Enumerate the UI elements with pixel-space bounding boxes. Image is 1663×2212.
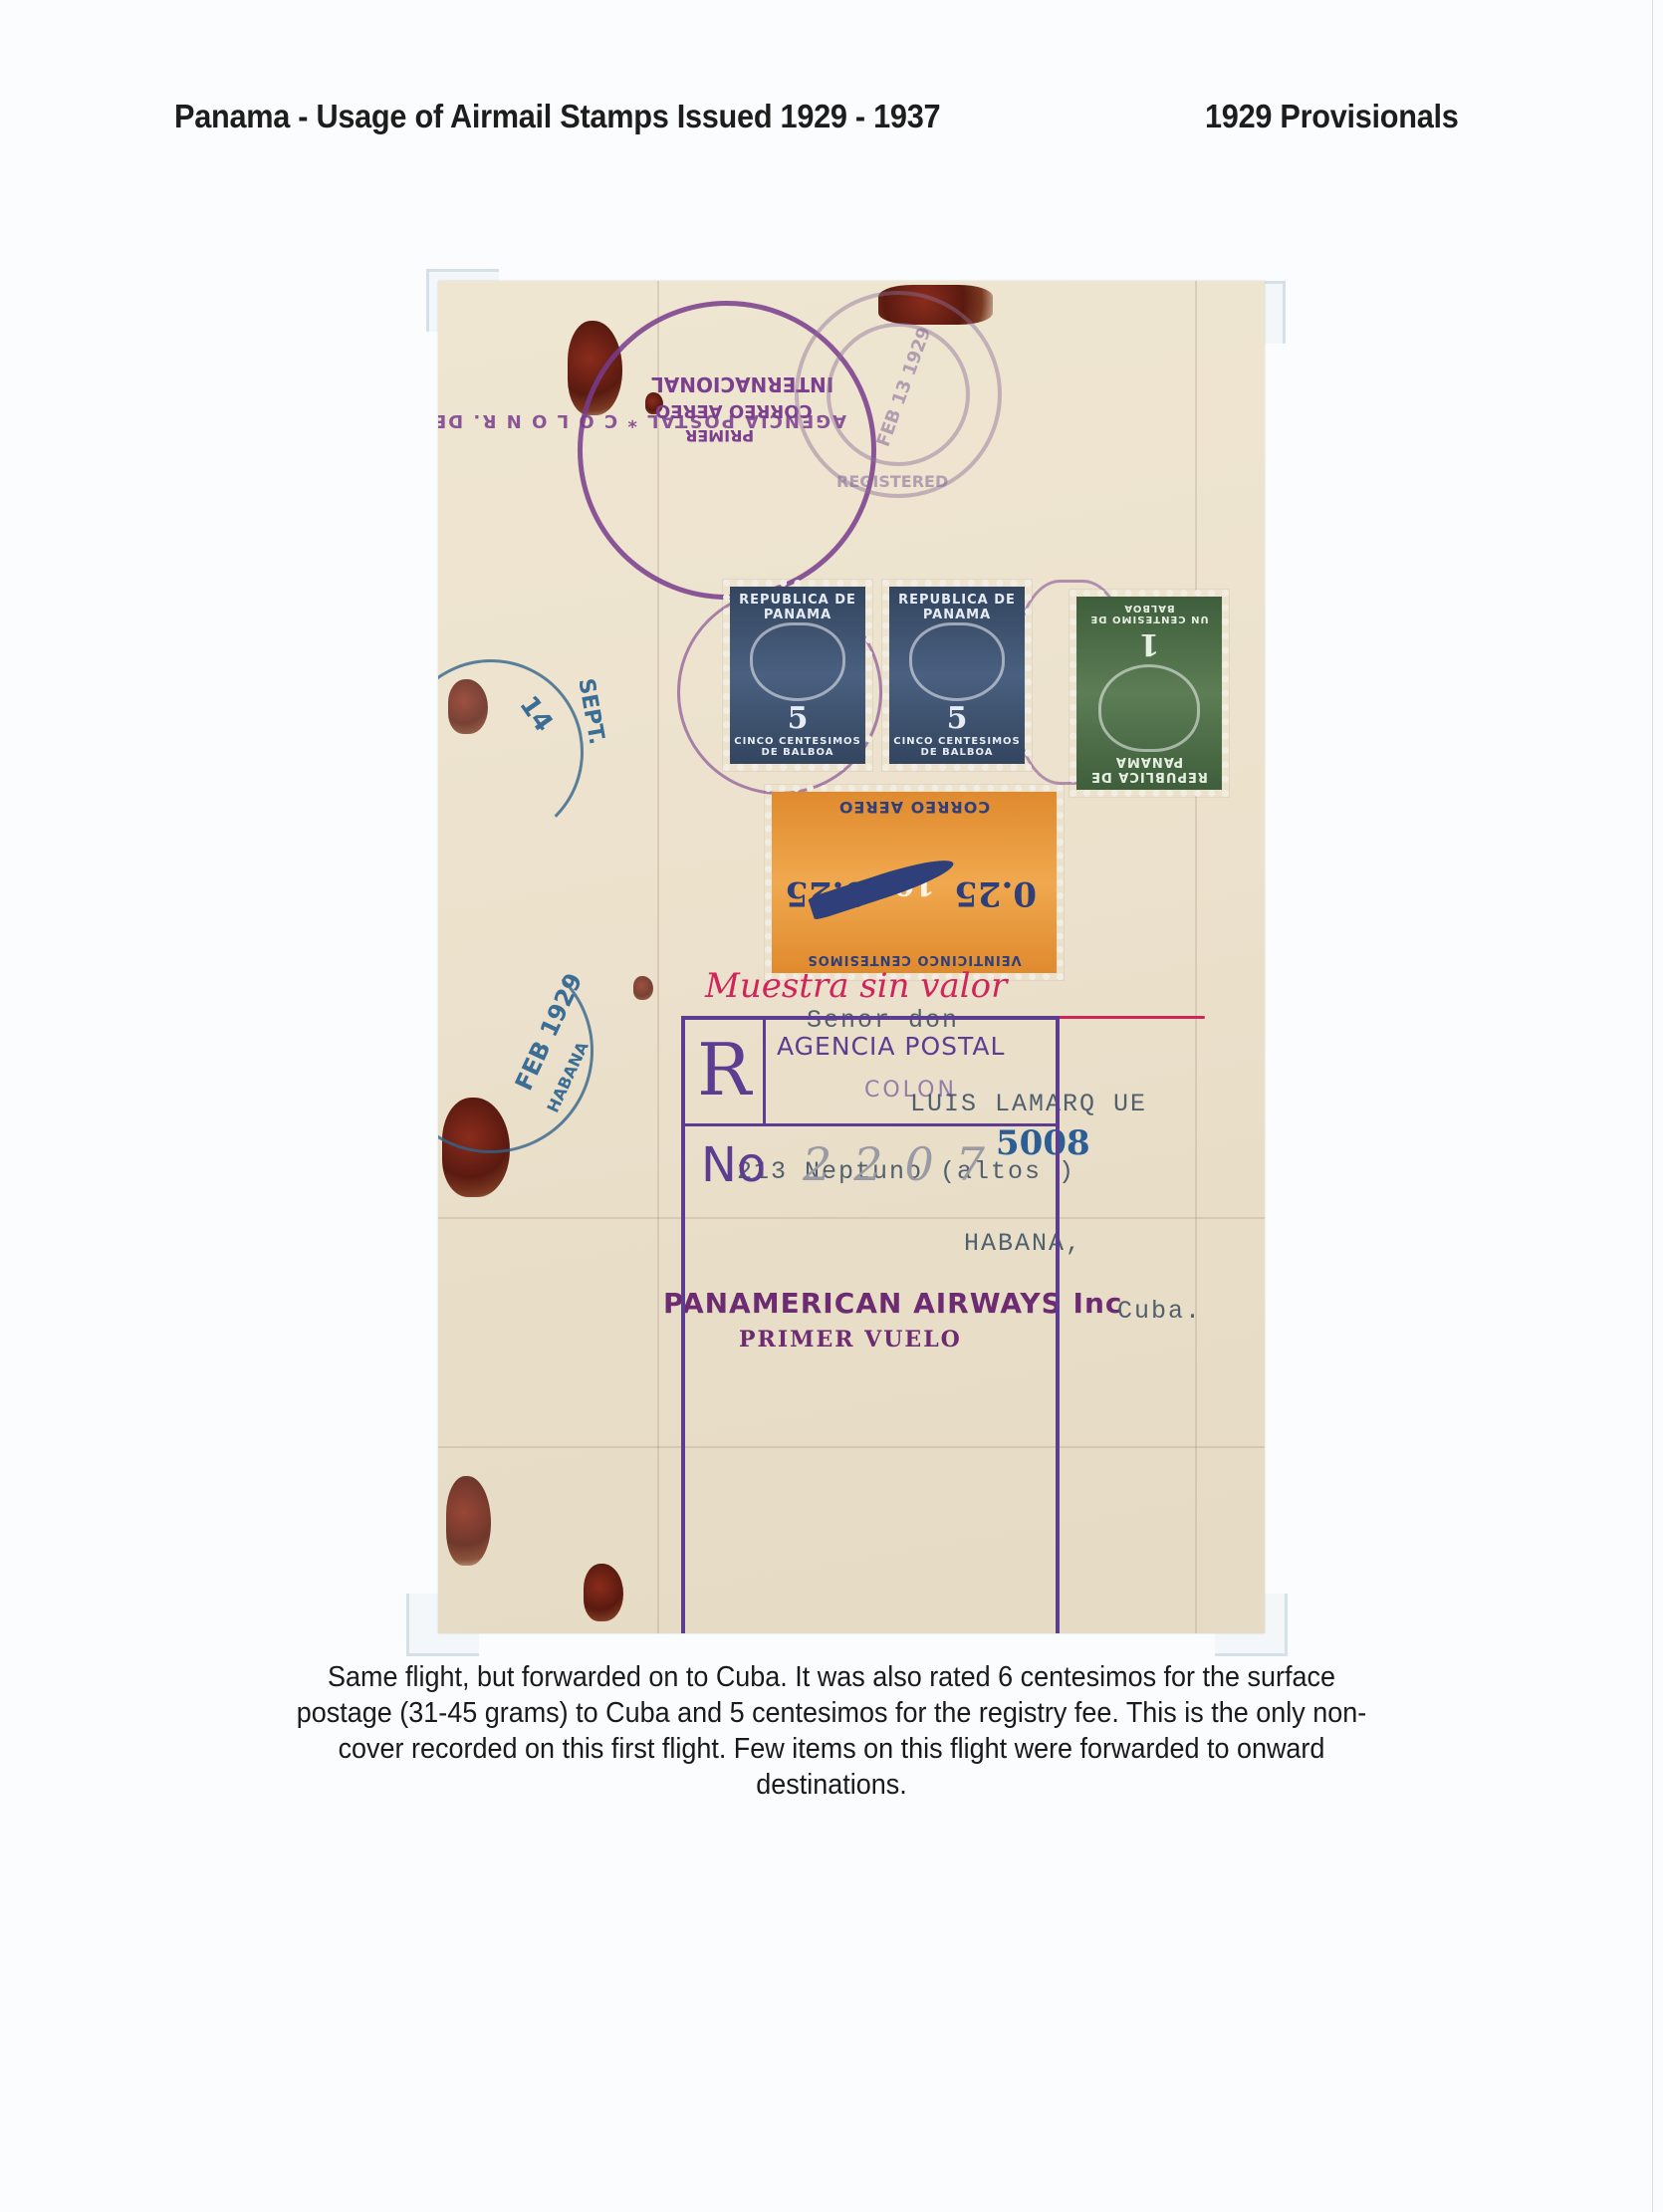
surcharge-value: 0.25 bbox=[954, 873, 1037, 913]
stamp-1c-green: REPUBLICA DE PANAMA 1 UN CENTESIMO DE BA… bbox=[1069, 590, 1229, 797]
stamp-5c-blue-2: REPUBLICA DE PANAMA 5 CINCO CENTESIMOS D… bbox=[882, 580, 1032, 771]
registration-city: COLON bbox=[864, 1078, 957, 1103]
caption-line: destinations. bbox=[188, 1767, 1476, 1803]
registration-number: 2207 bbox=[803, 1137, 1007, 1191]
stain bbox=[633, 976, 653, 1000]
fold-line bbox=[1195, 281, 1197, 1633]
coat-of-arms-icon bbox=[1098, 664, 1201, 752]
section-title: 1929 Provisionals bbox=[1205, 98, 1459, 135]
address-country: Cuba. bbox=[1117, 1297, 1202, 1326]
page-edge bbox=[1652, 0, 1653, 2212]
caption-line: Same flight, but forwarded on to Cuba. I… bbox=[188, 1659, 1476, 1695]
coat-of-arms-icon bbox=[750, 622, 845, 701]
registration-label: R AGENCIA POSTAL COLON No 2207 bbox=[681, 1016, 1060, 1633]
registration-divider bbox=[763, 1020, 766, 1123]
coat-of-arms-icon bbox=[909, 622, 1005, 701]
cancel-line-1: PRIMER bbox=[685, 426, 754, 445]
miami-cancel-bottom: REGISTERED bbox=[836, 472, 948, 491]
registered-airmail-cover: AGENCIA POSTAL * C O L O N R. DE P. * IN… bbox=[438, 281, 1265, 1633]
surcharge-value: 0.25 bbox=[785, 873, 867, 913]
stamp-airmail-25c-surcharge: VEINTICINCO CENTESIMOS 10 CORREO AEREO 0… bbox=[765, 785, 1064, 980]
registration-office: AGENCIA POSTAL bbox=[777, 1032, 1005, 1061]
stamp-5c-blue-1: REPUBLICA DE PANAMA 5 CINCO CENTESIMOS D… bbox=[723, 580, 872, 771]
sept-cancel bbox=[438, 659, 584, 845]
stain bbox=[584, 1564, 623, 1621]
manuscript-muestra-sin-valor: Muestra sin valor bbox=[705, 966, 1007, 1006]
caption-line: cover recorded on this first flight. Few… bbox=[188, 1731, 1476, 1767]
registration-letter: R bbox=[697, 1028, 751, 1111]
registration-no-label: No bbox=[701, 1137, 766, 1193]
caption-line: postage (31-45 grams) to Cuba and 5 cent… bbox=[188, 1695, 1476, 1731]
exhibit-caption: Same flight, but forwarded on to Cuba. I… bbox=[188, 1659, 1476, 1803]
page-title: Panama - Usage of Airmail Stamps Issued … bbox=[174, 98, 940, 135]
stain bbox=[446, 1476, 491, 1566]
cancel-line-2: CORREO AEREO bbox=[655, 400, 813, 421]
